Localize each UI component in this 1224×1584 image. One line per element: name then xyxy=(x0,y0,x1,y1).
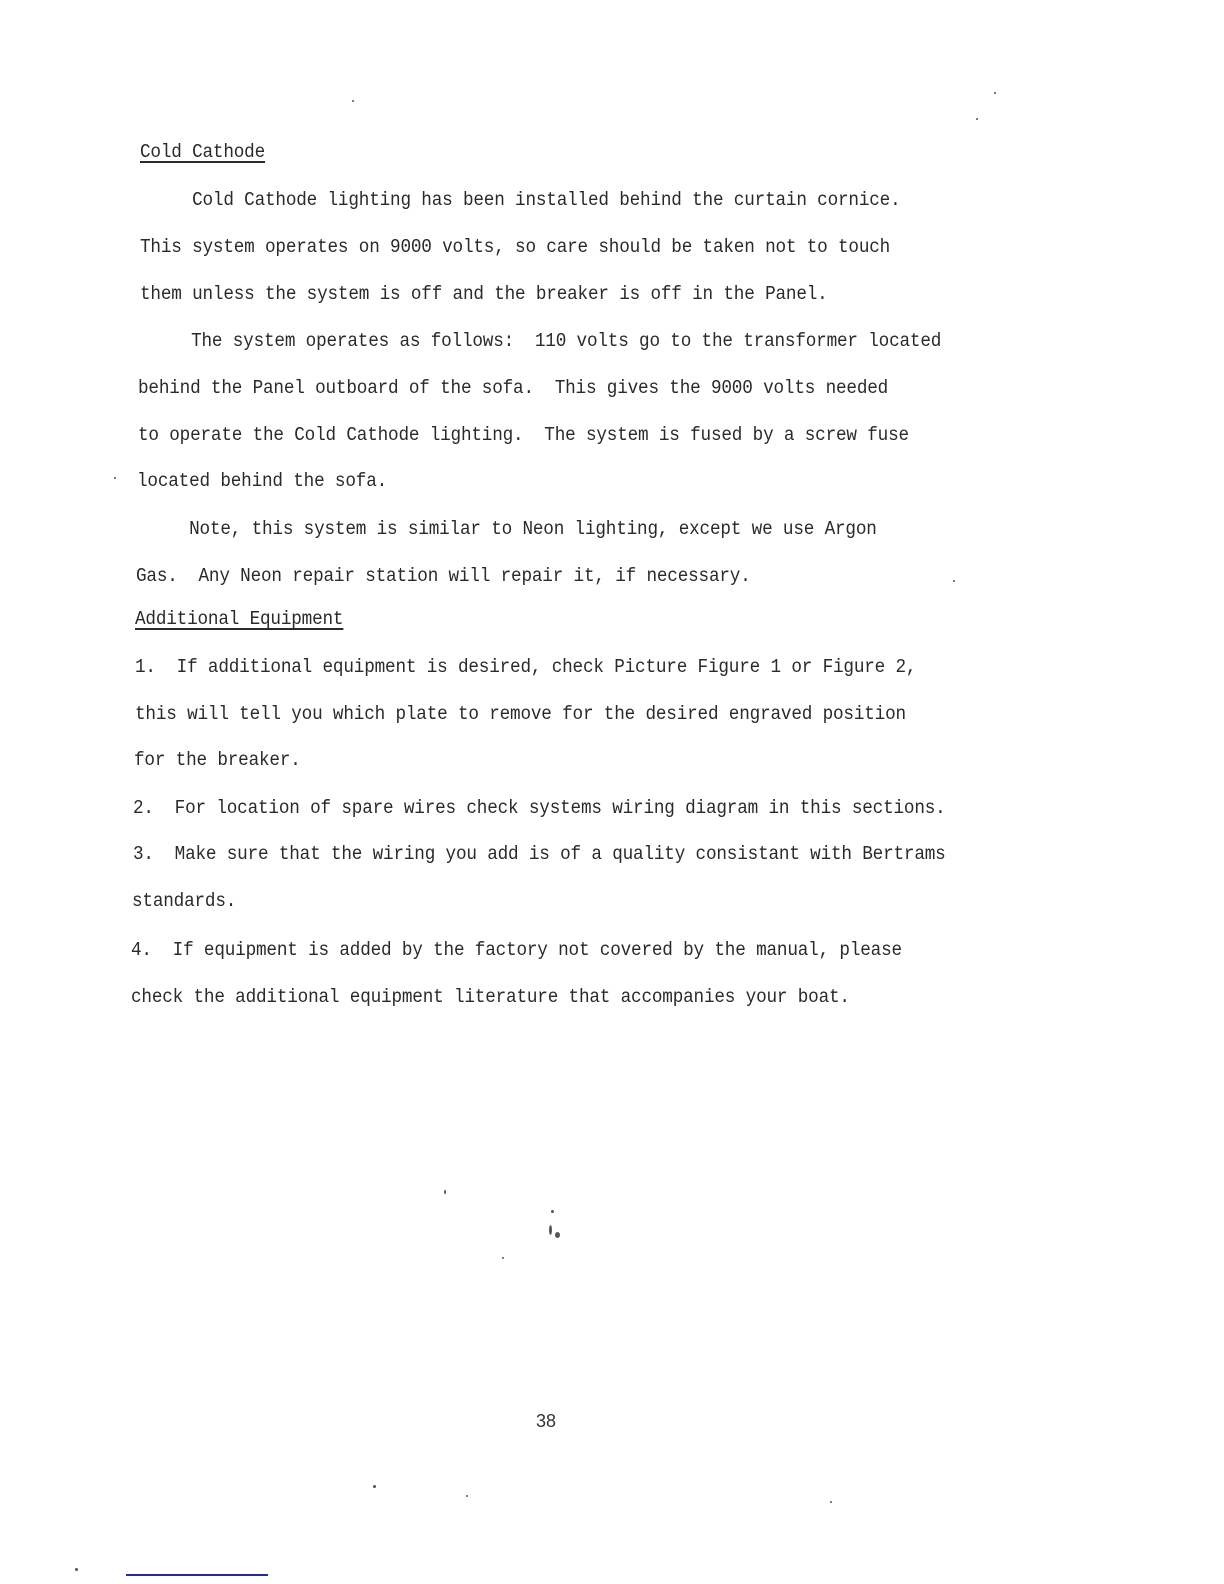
scan-speck xyxy=(502,1257,504,1259)
scan-speck xyxy=(549,1225,552,1235)
paragraph-line: behind the Panel outboard of the sofa. T… xyxy=(138,377,888,399)
paragraph-line: Cold Cathode lighting has been installed… xyxy=(140,189,901,211)
scan-speck xyxy=(830,1501,832,1503)
page-number: 38 xyxy=(536,1411,556,1432)
paragraph-line: Gas. Any Neon repair station will repair… xyxy=(136,565,751,587)
scan-speck xyxy=(373,1485,376,1488)
paragraph-line: located behind the sofa. xyxy=(137,470,387,492)
scan-speck xyxy=(444,1190,446,1194)
paragraph-line: Note, this system is similar to Neon lig… xyxy=(137,518,877,540)
list-item-line: 1. If additional equipment is desired, c… xyxy=(135,656,916,678)
scan-speck xyxy=(466,1495,468,1497)
paragraph-line: The system operates as follows: 110 volt… xyxy=(139,330,941,352)
list-item-line: this will tell you which plate to remove… xyxy=(135,703,906,725)
scan-speck xyxy=(953,580,955,582)
list-item-line: standards. xyxy=(132,890,236,912)
footer-rule xyxy=(126,1574,268,1576)
section-heading-additional-equipment: Additional Equipment xyxy=(135,608,343,630)
paragraph-line: to operate the Cold Cathode lighting. Th… xyxy=(138,424,909,446)
paragraph-line: them unless the system is off and the br… xyxy=(140,283,828,305)
list-item-line: 4. If equipment is added by the factory … xyxy=(131,939,902,961)
paragraph-line: This system operates on 9000 volts, so c… xyxy=(140,236,890,258)
scan-speck xyxy=(994,92,996,94)
scan-speck xyxy=(555,1232,560,1238)
scan-speck xyxy=(352,100,354,102)
list-item-line: 2. For location of spare wires check sys… xyxy=(133,797,946,819)
list-item-line: for the breaker. xyxy=(134,749,301,771)
section-heading-cold-cathode: Cold Cathode xyxy=(140,141,265,163)
scan-speck xyxy=(551,1210,554,1213)
scan-speck xyxy=(75,1568,78,1571)
list-item-line: check the additional equipment literatur… xyxy=(131,986,850,1008)
scan-speck xyxy=(114,477,116,479)
scan-speck xyxy=(976,118,978,120)
list-item-line: 3. Make sure that the wiring you add is … xyxy=(133,843,946,865)
document-page: Cold Cathode Cold Cathode lighting has b… xyxy=(0,0,1224,1584)
